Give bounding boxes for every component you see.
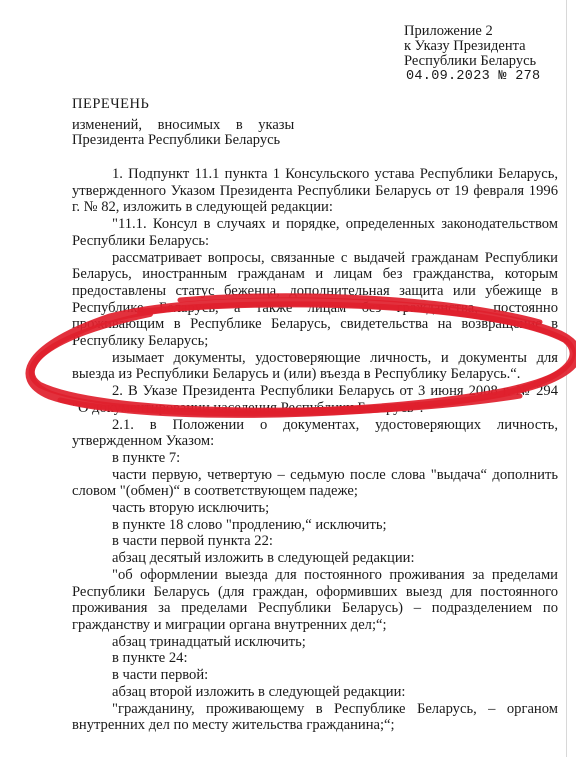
document-subtitle: изменений, вносимых в указы Президента Р… [72, 118, 294, 148]
paragraph-17: "гражданину, проживающему в Республике Б… [72, 701, 558, 734]
document-page: Приложение 2 к Указу Президента Республи… [0, 0, 576, 757]
paragraph-6: в пункте 7: [72, 450, 558, 467]
paragraph-13: абзац тринадцатый исключить; [72, 634, 558, 651]
paragraph-9: в пункте 18 слово "продлению,“ исключить… [72, 517, 558, 534]
subtitle-line-2: Президента Республики Беларусь [72, 133, 294, 148]
paragraph-4: 2. В Указе Президента Республики Беларус… [72, 383, 558, 416]
paragraph-14: в пункте 24: [72, 650, 558, 667]
paragraph-5: 2.1. в Положении о документах, удостовер… [72, 417, 558, 450]
appendix-line-3: Республики Беларусь [404, 54, 540, 69]
subtitle-line-1: изменений, вносимых в указы [72, 118, 294, 133]
paragraph-10: в части первой пункта 22: [72, 533, 558, 550]
appendix-header: Приложение 2 к Указу Президента Республи… [404, 24, 540, 84]
appendix-line-1: Приложение 2 [404, 24, 540, 39]
paragraph-2: рассматривает вопросы, связанные с выдач… [72, 250, 558, 350]
paragraph-1: "11.1. Консул в случаях и порядке, опред… [72, 216, 558, 249]
page-edge-line [566, 0, 567, 757]
paragraph-15: в части первой: [72, 667, 558, 684]
paragraph-11: абзац десятый изложить в следующей редак… [72, 550, 558, 567]
appendix-line-2: к Указу Президента [404, 39, 540, 54]
paragraph-0: 1. Подпункт 11.1 пункта 1 Консульского у… [72, 166, 558, 216]
paragraph-16: абзац второй изложить в следующей редакц… [72, 684, 558, 701]
paragraph-7: части первую, четвертую – седьмую после … [72, 467, 558, 500]
paragraph-8: часть вторую исключить; [72, 500, 558, 517]
paragraph-12: "об оформлении выезда для постоянного пр… [72, 567, 558, 634]
paragraph-3: изымает документы, удостоверяющие личнос… [72, 350, 558, 383]
appendix-date-number: 04.09.2023 № 278 [406, 69, 540, 84]
document-title: ПЕРЕЧЕНЬ [72, 96, 149, 113]
document-body: 1. Подпункт 11.1 пункта 1 Консульского у… [72, 166, 558, 734]
